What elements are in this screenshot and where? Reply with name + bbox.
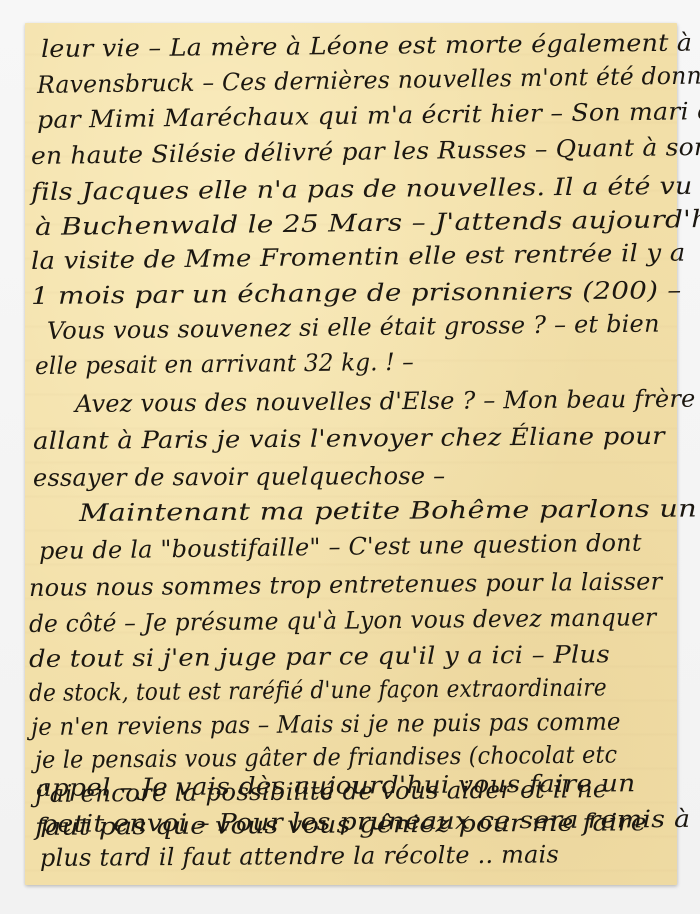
letter-line-4: en haute Silésie délivré par les Russes … <box>31 135 700 168</box>
letter-line-11: Avez vous des nouvelles d'Else ? – Mon b… <box>75 387 696 416</box>
letter-line-26: plus tard il faut attendre la récolte ..… <box>40 842 559 870</box>
letter-line-20: je n'en reviens pas – Mais si je ne puis… <box>31 710 621 739</box>
letter-line-17: de côté – Je présume qu'à Lyon vous deve… <box>29 605 657 636</box>
letter-line-3: par Mimi Maréchaux qui m'a écrit hier – … <box>37 99 700 132</box>
letter-line-16: nous nous sommes trop entretenues pour l… <box>29 569 662 600</box>
letter-line-21: je le pensais vous gâter de friandises (… <box>35 743 617 772</box>
letter-page: leur vie – La mère à Léone est morte éga… <box>25 23 677 885</box>
letter-line-12: allant à Paris je vais l'envoyer chez Él… <box>33 424 665 453</box>
letter-line-5: fils Jacques elle n'a pas de nouvelles. … <box>31 174 693 204</box>
letter-line-25: petit envoi – Pour les pruneaux ce sera … <box>40 807 691 836</box>
letter-line-15: peu de la "boustifaille" – C'est une que… <box>39 531 642 563</box>
letter-line-24: appel – Je vais dès aujourd'hui vous fai… <box>36 771 636 800</box>
letter-line-1: leur vie – La mère à Léone est morte éga… <box>41 31 693 61</box>
letter-line-14: Maintenant ma petite Bohême parlons un <box>79 497 697 525</box>
letter-line-2: Ravensbruck – Ces dernières nouvelles m'… <box>37 63 700 97</box>
letter-line-7: la visite de Mme Fromentin elle est rent… <box>31 241 686 273</box>
letter-line-18: de tout si j'en juge par ce qu'il y a ic… <box>29 642 610 671</box>
letter-line-13: essayer de savoir quelquechose – <box>33 464 445 490</box>
letter-line-19: de stock, tout est raréfié d'une façon e… <box>29 675 607 705</box>
letter-line-6: à Buchenwald le 25 Mars – J'attends aujo… <box>35 207 700 239</box>
letter-line-10: elle pesait en arrivant 32 kg. ! – <box>35 350 414 378</box>
letter-line-8: 1 mois par un échange de prisonniers (20… <box>31 278 682 308</box>
letter-line-9: Vous vous souvenez si elle était grosse … <box>47 312 660 343</box>
